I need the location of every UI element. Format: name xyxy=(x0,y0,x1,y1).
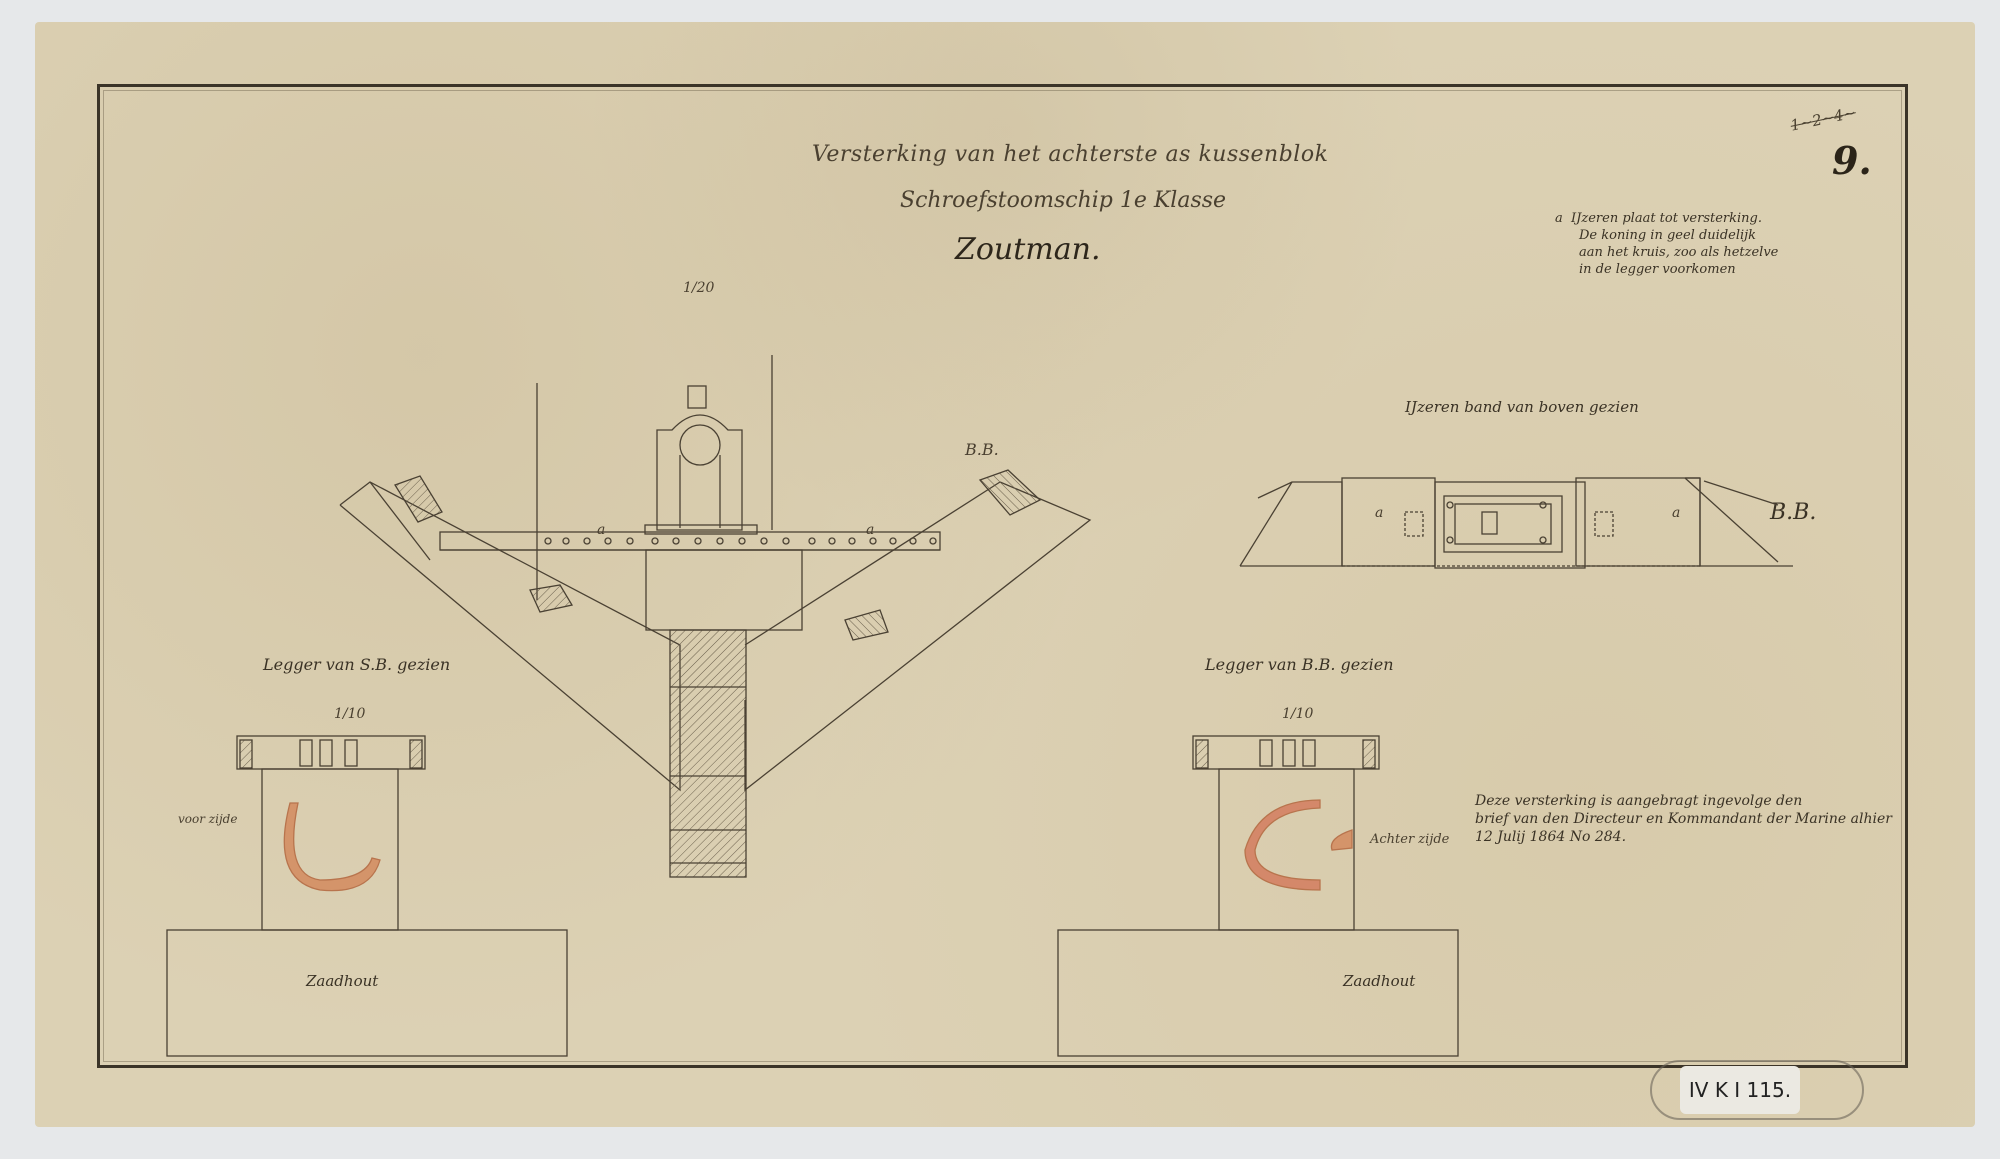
iron-strap-right xyxy=(1245,800,1320,890)
iron-band-top-view xyxy=(1240,478,1793,568)
iron-strap-left xyxy=(284,803,380,891)
technical-drawing xyxy=(0,0,2000,1159)
main-section-view xyxy=(340,355,1090,877)
legger-bb-view xyxy=(1058,736,1458,1056)
iron-strap-stub xyxy=(1331,830,1352,850)
legger-sb-view xyxy=(167,736,567,1056)
archive-label: IV K I 115. xyxy=(1680,1066,1800,1114)
